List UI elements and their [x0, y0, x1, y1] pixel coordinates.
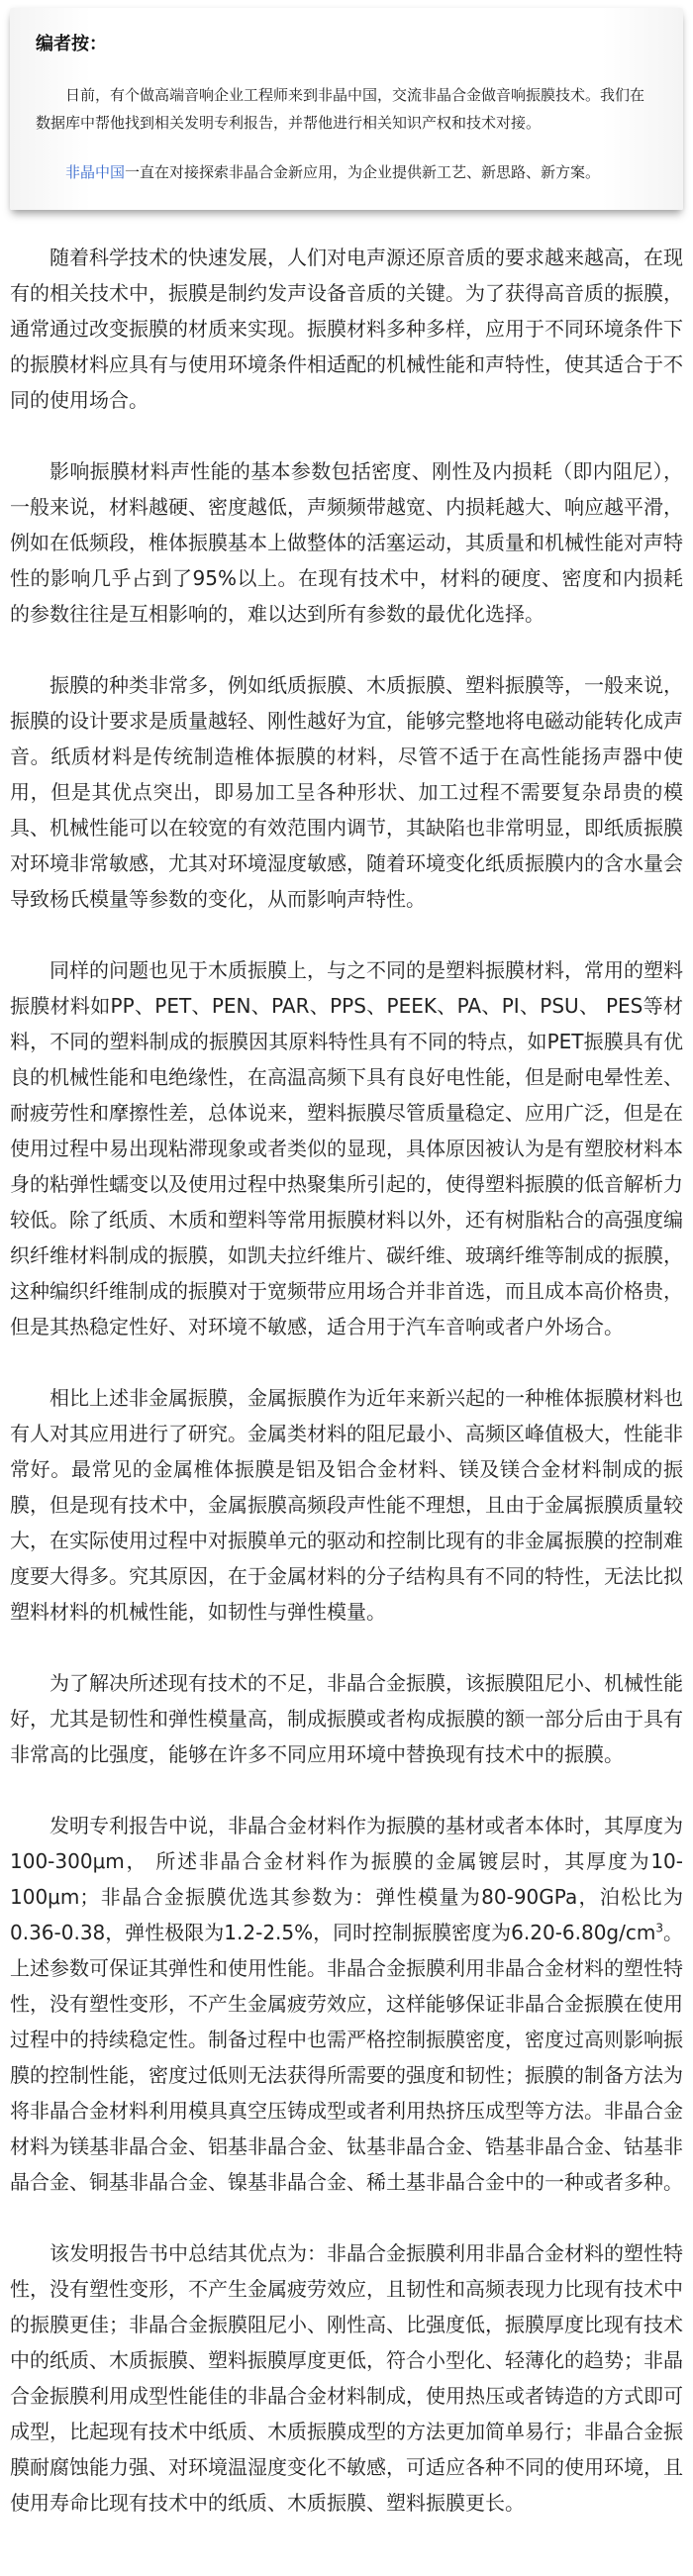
editor-note-paragraph: 日前，有个做高端音响企业工程师来到非晶中国，交流非晶合金做音响振膜技术。我们在数… — [36, 81, 657, 137]
summary-paragraph: 该发明报告书中总结其优点为：非晶合金振膜利用非晶合金材料的塑性特性，没有塑性变形… — [10, 2235, 683, 2521]
article-paragraph: 为了解决所述现有技术的不足，非晶合金振膜，该振膜阻尼小、机械性能好，尤其是韧性和… — [10, 1665, 683, 1772]
feijing-china-link[interactable]: 非晶中国 — [65, 163, 125, 181]
superscript-cubed: 3 — [655, 1921, 663, 1934]
article-body: 随着科学技术的快速发展，人们对电声源还原音质的要求越来越高，在现有的相关技术中，… — [10, 240, 683, 2521]
patent-paragraph: 发明专利报告中说，非晶合金材料作为振膜的基材或者本体时，其厚度为100-300μ… — [10, 1808, 683, 2200]
patent-text-before: 发明专利报告中说，非晶合金材料作为振膜的基材或者本体时，其厚度为100-300μ… — [10, 1814, 683, 1944]
editor-note-box: 编者按： 日前，有个做高端音响企业工程师来到非晶中国，交流非晶合金做音响振膜技术… — [10, 8, 683, 210]
editor-note-text: 一直在对接探索非晶合金新应用，为企业提供新工艺、新思路、新方案。 — [125, 163, 600, 181]
article-paragraph: 随着科学技术的快速发展，人们对电声源还原音质的要求越来越高，在现有的相关技术中，… — [10, 240, 683, 418]
article-paragraph: 影响振膜材料声性能的基本参数包括密度、刚性及内损耗（即内阻尼），一般来说，材料越… — [10, 453, 683, 632]
editor-note-paragraph: 非晶中国一直在对接探索非晶合金新应用，为企业提供新工艺、新思路、新方案。 — [36, 158, 657, 186]
editor-note-heading: 编者按： — [36, 30, 657, 55]
patent-text-after: 。上述参数可保证其弹性和使用性能。非晶合金振膜利用非晶合金材料的塑性特性，没有塑… — [10, 1921, 683, 2194]
article-paragraph: 同样的问题也见于木质振膜上，与之不同的是塑料振膜材料，常用的塑料振膜材料如PP、… — [10, 952, 683, 1344]
article-page: 编者按： 日前，有个做高端音响企业工程师来到非晶中国，交流非晶合金做音响振膜技术… — [0, 8, 693, 2576]
article-paragraph: 相比上述非金属振膜，金属振膜作为近年来新兴起的一种椎体振膜材料也有人对其应用进行… — [10, 1380, 683, 1630]
article-paragraph: 振膜的种类非常多，例如纸质振膜、木质振膜、塑料振膜等，一般来说，振膜的设计要求是… — [10, 667, 683, 917]
